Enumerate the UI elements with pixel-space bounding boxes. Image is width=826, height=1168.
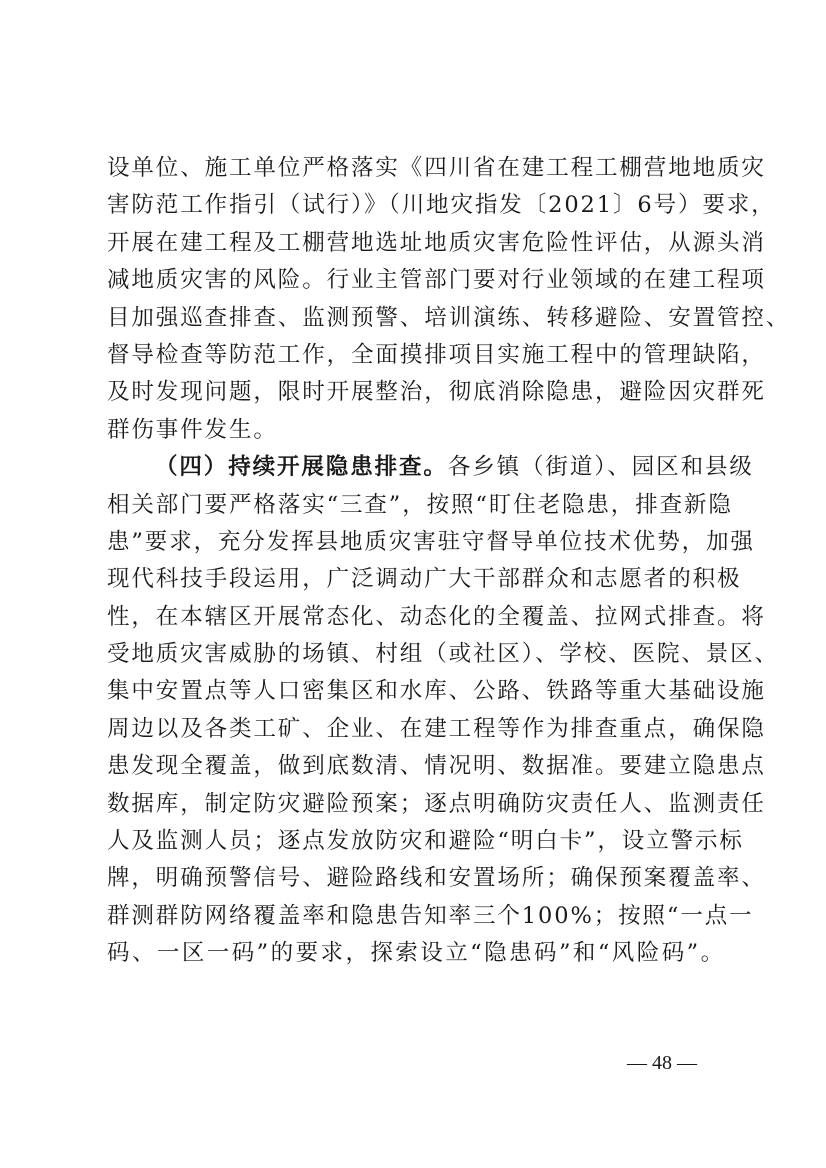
- text-line: 患”要求，充分发挥县地质灾害驻守督导单位技术优势，加强: [107, 524, 725, 561]
- text-line: 督导检查等防范工作，全面摸排项目实施工程中的管理缺陷，: [107, 337, 725, 374]
- document-body: 设单位、施工单位严格落实《四川省在建工程工棚营地地质灾 害防范工作指引（试行）》…: [107, 150, 725, 973]
- text-line: 性，在本辖区开展常态化、动态化的全覆盖、拉网式排查。将: [107, 599, 725, 636]
- text-line: 患发现全覆盖，做到底数清、情况明、数据准。要建立隐患点: [107, 748, 725, 785]
- text-line: 及时发现问题，限时开展整治，彻底消除隐患，避险因灾群死: [107, 374, 725, 411]
- text-line: 受地质灾害威胁的场镇、村组（或社区）、学校、医院、景区、: [107, 636, 725, 673]
- page-number: — 48 —: [622, 1052, 702, 1075]
- paragraph-continued: 设单位、施工单位严格落实《四川省在建工程工棚营地地质灾 害防范工作指引（试行）》…: [107, 150, 725, 449]
- text-line: 集中安置点等人口密集区和水库、公路、铁路等重大基础设施: [107, 673, 725, 710]
- text-line: 人及监测人员；逐点发放防灾和避险“明白卡”，设立警示标: [107, 823, 725, 860]
- section-four-paragraph: （四）持续开展隐患排查。各乡镇（街道）、园区和县级 相关部门要严格落实“三查”，…: [107, 449, 725, 972]
- text-line: 数据库，制定防灾避险预案；逐点明确防灾责任人、监测责任: [107, 786, 725, 823]
- text-line: 减地质灾害的风险。行业主管部门要对行业领域的在建工程项: [107, 262, 725, 299]
- text-line: 现代科技手段运用，广泛调动广大干部群众和志愿者的积极: [107, 561, 725, 598]
- text-line: 相关部门要严格落实“三查”，按照“盯住老隐患，排查新隐: [107, 487, 725, 524]
- text-line: 设单位、施工单位严格落实《四川省在建工程工棚营地地质灾: [107, 150, 725, 187]
- text-line: 码、一区一码”的要求，探索设立“隐患码”和“风险码”。: [107, 935, 725, 972]
- text-line: 群测群防网络覆盖率和隐患告知率三个100%；按照“一点一: [107, 898, 725, 935]
- section-four-first-line: （四）持续开展隐患排查。各乡镇（街道）、园区和县级: [107, 449, 725, 486]
- text-run: 各乡镇（街道）、园区和县级: [448, 454, 754, 480]
- text-line: 群伤事件发生。: [107, 412, 725, 449]
- text-line: 牌，明确预警信号、避险路线和安置场所；确保预案覆盖率、: [107, 860, 725, 897]
- text-line: 害防范工作指引（试行）》（川地灾指发〔2021〕6号）要求，: [107, 187, 725, 224]
- section-heading: （四）持续开展隐患排查。: [155, 454, 448, 480]
- text-line: 目加强巡查排查、监测预警、培训演练、转移避险、安置管控、: [107, 300, 725, 337]
- text-line: 开展在建工程及工棚营地选址地质灾害危险性评估，从源头消: [107, 225, 725, 262]
- text-line: 周边以及各类工矿、企业、在建工程等作为排查重点，确保隐: [107, 711, 725, 748]
- document-page: 设单位、施工单位严格落实《四川省在建工程工棚营地地质灾 害防范工作指引（试行）》…: [0, 0, 826, 1168]
